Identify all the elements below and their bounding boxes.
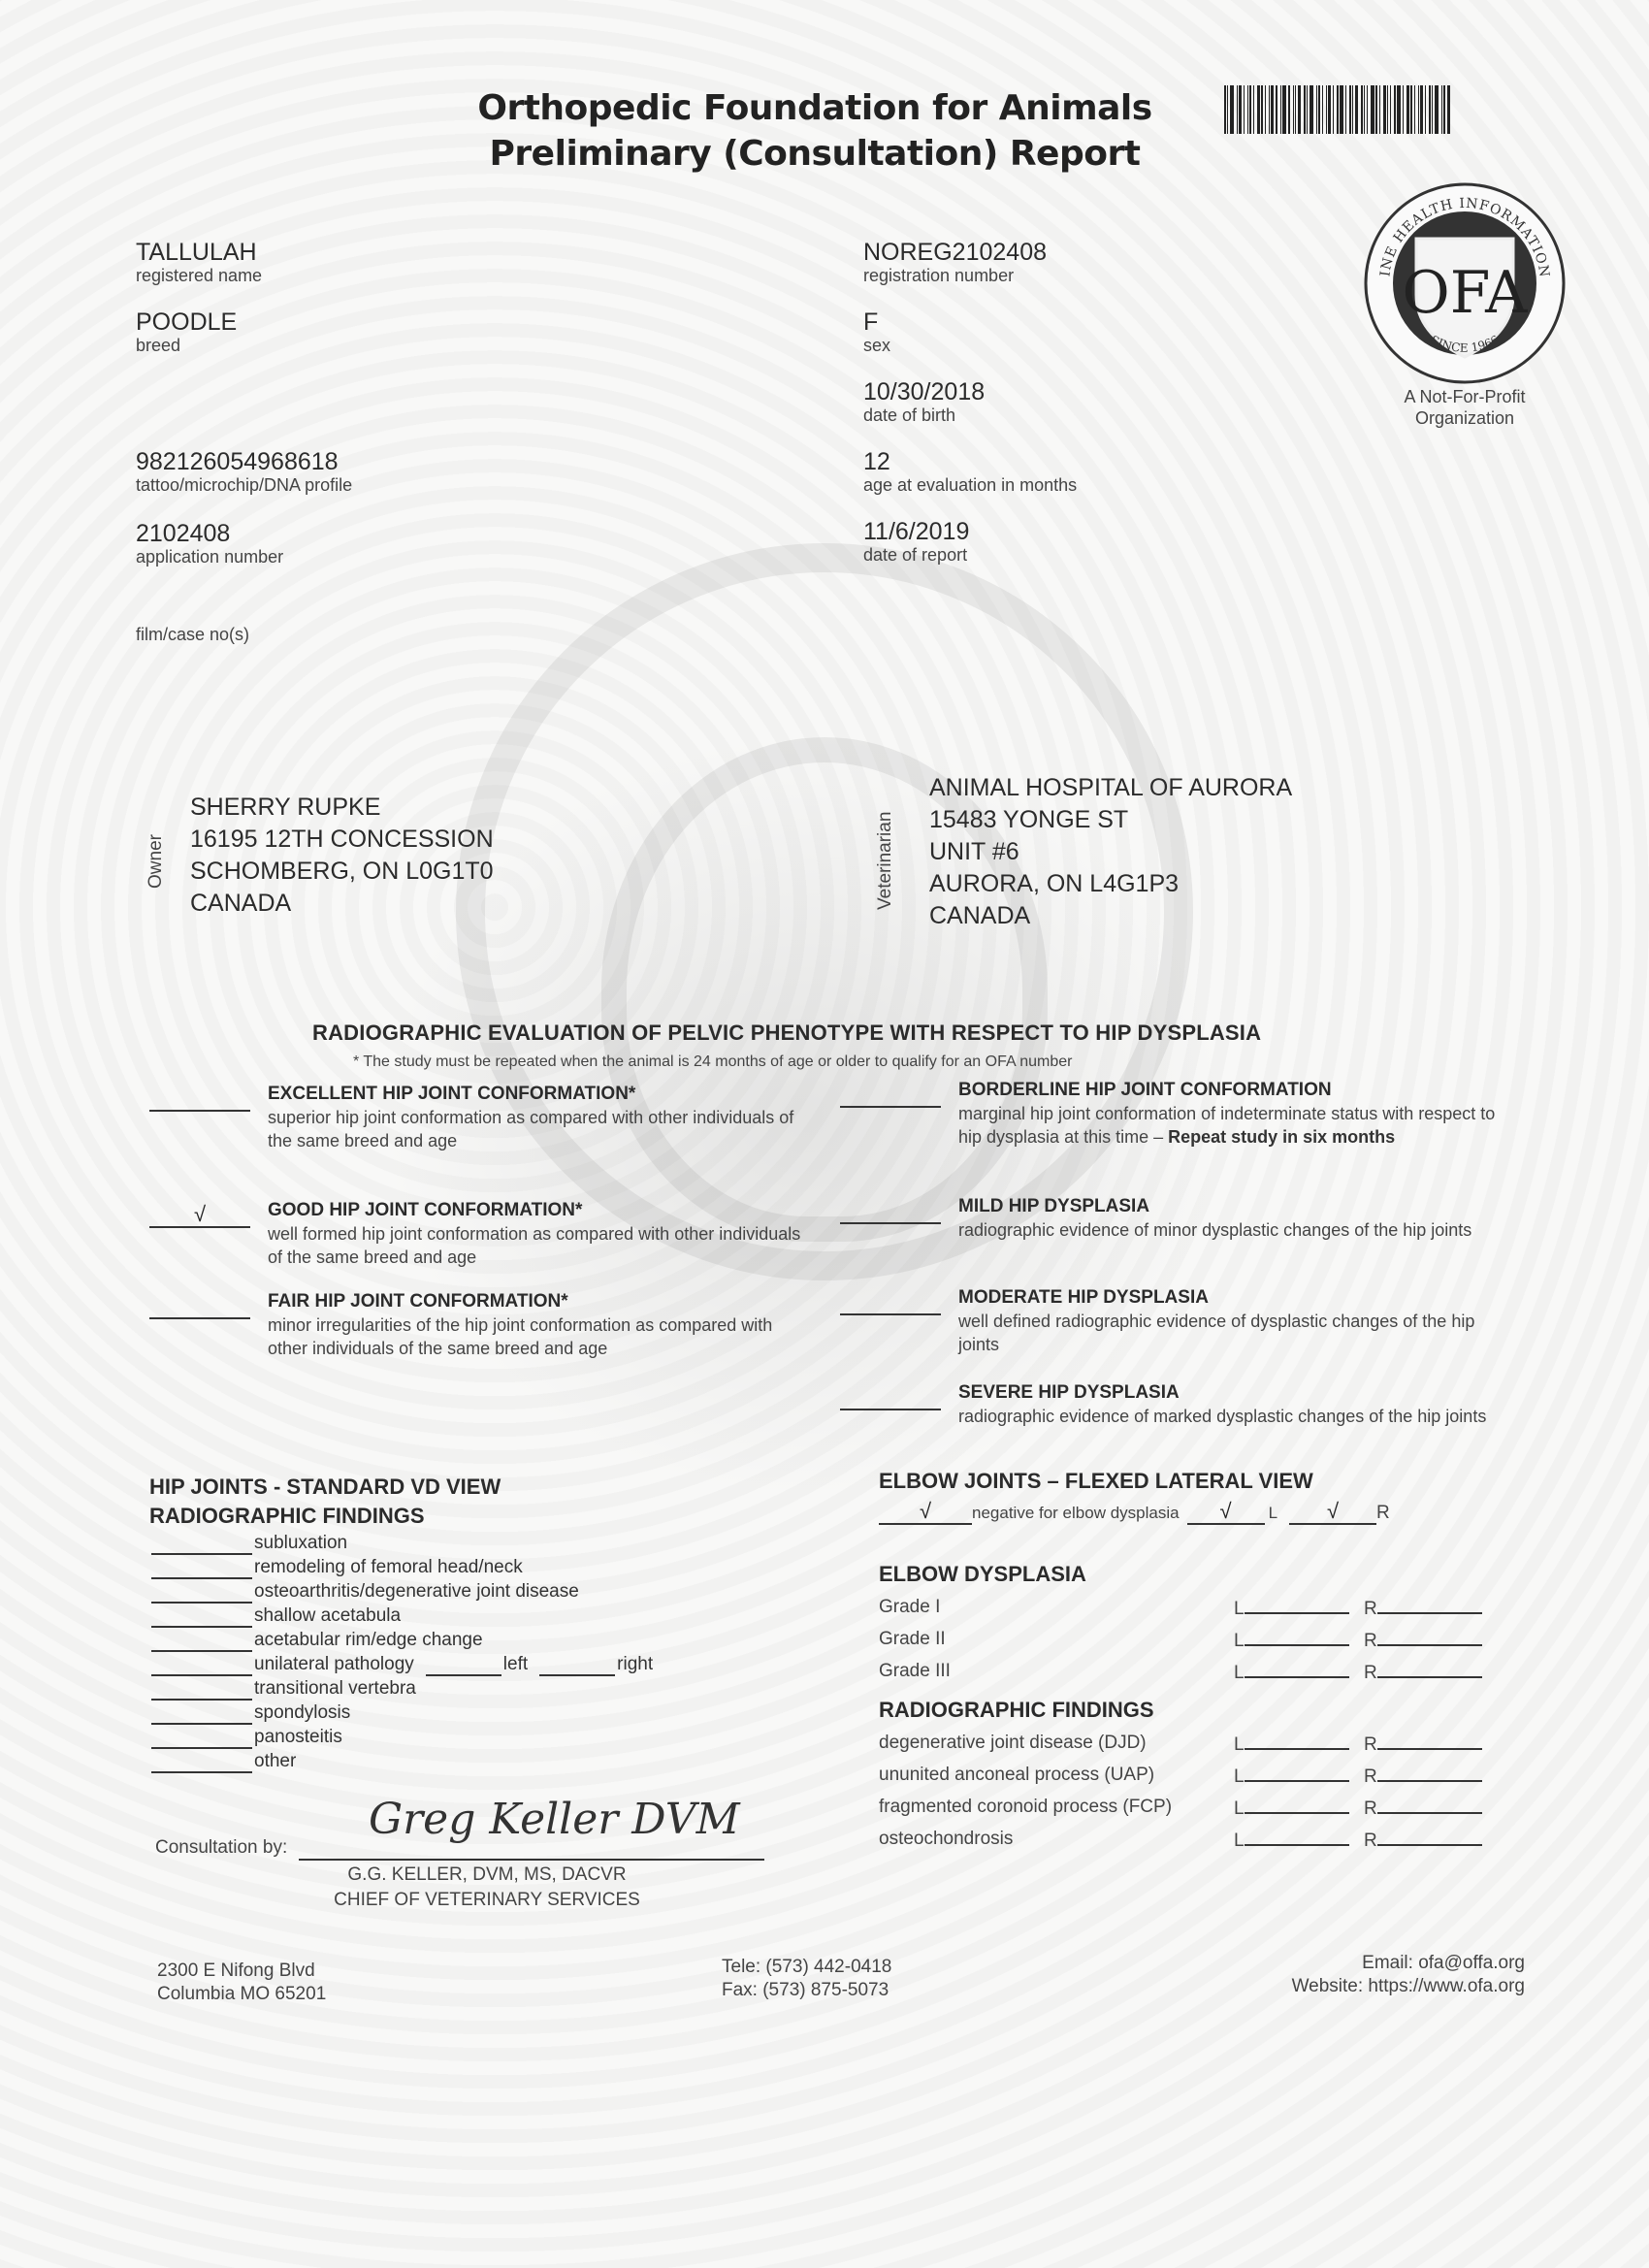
signature-line: [299, 1859, 764, 1861]
barcode-bar: [1227, 85, 1228, 134]
elbow-grade-left-blank[interactable]: [1245, 1655, 1349, 1678]
barcode-bar: [1425, 85, 1426, 134]
elbow-finding-row: osteochondrosisLR: [879, 1823, 1490, 1855]
barcode-bar: [1435, 85, 1439, 134]
evaluation-option-desc: radiographic evidence of minor dysplasti…: [958, 1218, 1502, 1242]
barcode-bar: [1340, 85, 1343, 134]
hip-finding-label: transitional vertebra: [254, 1676, 416, 1701]
field-film-case: film/case no(s): [136, 625, 249, 644]
hip-finding-row: unilateral pathologyleftright: [151, 1652, 653, 1676]
owner-address: SHERRY RUPKE16195 12TH CONCESSIONSCHOMBE…: [190, 792, 494, 920]
field-date-of-report: 11/6/2019 date of report: [863, 518, 969, 565]
hip-finding-blank[interactable]: [151, 1532, 252, 1555]
left-prefix: L: [1234, 1734, 1245, 1755]
evaluation-checkbox-line[interactable]: [149, 1086, 250, 1112]
field-age: 12 age at evaluation in months: [863, 448, 1077, 495]
evaluation-option-title: SEVERE HIP DYSPLASIA: [958, 1381, 1502, 1405]
application-number-label: application number: [136, 547, 283, 567]
hip-radiographic-findings-title: RADIOGRAPHIC FINDINGS: [149, 1502, 501, 1531]
elbow-grade-left-blank[interactable]: [1245, 1591, 1349, 1614]
barcode-bar: [1230, 85, 1234, 134]
elbow-finding-label: ununited anconeal process (UAP): [879, 1759, 1154, 1791]
footer-phone: Tele: (573) 442-0418 Fax: (573) 875-5073: [722, 1956, 891, 2002]
evaluation-note: * The study must be repeated when the an…: [353, 1053, 1072, 1071]
barcode-bar: [1318, 85, 1320, 134]
barcode-bar: [1309, 85, 1313, 134]
barcode-bar: [1224, 85, 1226, 134]
hip-finding-label: acetabular rim/edge change: [254, 1628, 483, 1652]
breed-value: POODLE: [136, 308, 237, 336]
consultant-name: G.G. KELLER, DVM, MS, DACVR: [312, 1863, 662, 1888]
elbow-finding-right-blank[interactable]: [1377, 1759, 1482, 1782]
evaluation-option-desc: marginal hip joint conformation of indet…: [958, 1102, 1502, 1149]
owner-address-line: SCHOMBERG, ON L0G1T0: [190, 856, 494, 888]
barcode-bar: [1355, 85, 1358, 134]
barcode-bar: [1367, 85, 1368, 134]
barcode-bar: [1420, 85, 1423, 134]
footer-tele: Tele: (573) 442-0418: [722, 1956, 891, 1979]
hip-finding-row: other: [151, 1749, 653, 1773]
footer-address-line-2: Columbia MO 65201: [157, 1983, 326, 2006]
right-prefix: R: [1364, 1631, 1377, 1651]
hip-finding-label: remodeling of femoral head/neck: [254, 1555, 523, 1579]
owner-address-line: CANADA: [190, 888, 494, 920]
elbow-finding-right-blank[interactable]: [1377, 1791, 1482, 1814]
hip-finding-row: panosteitis: [151, 1725, 653, 1749]
elbow-right-label: R: [1376, 1501, 1390, 1525]
elbow-negative-label: negative for elbow dysplasia: [972, 1501, 1180, 1525]
barcode-icon: [1224, 85, 1568, 134]
field-microchip: 982126054968618 tattoo/microchip/DNA pro…: [136, 448, 352, 495]
elbow-grade-row: Grade IIILR: [879, 1655, 1490, 1687]
elbow-left-mark[interactable]: √: [1187, 1500, 1265, 1525]
report-date-value: 11/6/2019: [863, 518, 969, 545]
evaluation-option-text: EXCELLENT HIP JOINT CONFORMATION*superio…: [268, 1083, 811, 1152]
evaluation-option-text: FAIR HIP JOINT CONFORMATION*minor irregu…: [268, 1290, 811, 1360]
microchip-label: tattoo/microchip/DNA profile: [136, 475, 352, 495]
hip-finding-label: unilateral pathology: [254, 1652, 414, 1676]
evaluation-checkbox-line[interactable]: [840, 1199, 941, 1224]
veterinarian-label: Veterinarian: [875, 812, 896, 910]
sex-value: F: [863, 308, 890, 336]
elbow-grade-right-blank[interactable]: [1377, 1591, 1482, 1614]
field-date-of-birth: 10/30/2018 date of birth: [863, 378, 985, 425]
barcode-bar: [1410, 85, 1412, 134]
elbow-finding-label: fragmented coronoid process (FCP): [879, 1791, 1172, 1823]
hip-finding-blank[interactable]: [151, 1556, 252, 1579]
elbow-grade-left-blank[interactable]: [1245, 1623, 1349, 1646]
barcode-bar: [1249, 85, 1251, 134]
film-case-label: film/case no(s): [136, 625, 249, 644]
elbow-right-mark[interactable]: √: [1289, 1500, 1376, 1525]
evaluation-option-desc: well defined radiographic evidence of dy…: [958, 1310, 1502, 1356]
barcode-bar: [1265, 85, 1266, 134]
hip-finding-label: shallow acetabula: [254, 1604, 401, 1628]
hip-finding-blank[interactable]: [151, 1750, 252, 1773]
hip-finding-label: osteoarthritis/degenerative joint diseas…: [254, 1579, 579, 1604]
elbow-title: ELBOW JOINTS – FLEXED LATERAL VIEW: [879, 1467, 1313, 1496]
hip-finding-blank[interactable]: [151, 1701, 252, 1725]
evaluation-option-title: FAIR HIP JOINT CONFORMATION*: [268, 1290, 811, 1313]
unilateral-left-blank[interactable]: [426, 1655, 501, 1676]
elbow-finding-left: L: [1234, 1823, 1349, 1857]
barcode-bar: [1328, 85, 1331, 134]
barcode-bar: [1257, 85, 1260, 134]
vet-address-line: UNIT #6: [929, 836, 1292, 868]
barcode-bar: [1364, 85, 1365, 134]
barcode-bar: [1403, 85, 1404, 134]
evaluation-option-text: MILD HIP DYSPLASIAradiographic evidence …: [958, 1195, 1502, 1242]
evaluation-option-desc: well formed hip joint conformation as co…: [268, 1222, 811, 1269]
evaluation-option-title: MILD HIP DYSPLASIA: [958, 1195, 1502, 1218]
evaluation-option-title: BORDERLINE HIP JOINT CONFORMATION: [958, 1079, 1502, 1102]
age-value: 12: [863, 448, 1077, 475]
evaluation-option-desc: radiographic evidence of marked dysplast…: [958, 1405, 1502, 1428]
barcode-bar: [1379, 85, 1380, 134]
barcode-bar: [1253, 85, 1254, 134]
barcode-bar: [1383, 85, 1386, 134]
elbow-finding-left-blank[interactable]: [1245, 1823, 1349, 1846]
dob-label: date of birth: [863, 405, 985, 425]
title-line-2: Preliminary (Consultation) Report: [407, 131, 1222, 177]
footer-website[interactable]: Website: https://www.ofa.org: [1292, 1975, 1525, 1998]
field-registration-number: NOREG2102408 registration number: [863, 239, 1047, 285]
elbow-negative-row: √ negative for elbow dysplasia √ L √ R: [879, 1500, 1390, 1525]
evaluation-title: RADIOGRAPHIC EVALUATION OF PELVIC PHENOT…: [312, 1021, 1261, 1046]
field-breed: POODLE breed: [136, 308, 237, 355]
owner-address-line: SHERRY RUPKE: [190, 792, 494, 824]
barcode-bar: [1387, 85, 1388, 134]
barcode-bar: [1375, 85, 1377, 134]
age-label: age at evaluation in months: [863, 475, 1077, 495]
barcode-bar: [1244, 85, 1245, 134]
signature: Greg Keller DVM: [369, 1795, 740, 1844]
elbow-finding-right: R: [1364, 1791, 1482, 1825]
barcode-bar: [1237, 85, 1238, 134]
consultation-label: Consultation by:: [155, 1837, 287, 1859]
elbow-grade-right: R: [1364, 1623, 1482, 1657]
elbow-grade-left: L: [1234, 1655, 1349, 1689]
evaluation-option-desc: minor irregularities of the hip joint co…: [268, 1313, 811, 1360]
hip-finding-row: remodeling of femoral head/neck: [151, 1555, 653, 1579]
elbow-finding-left-blank[interactable]: [1245, 1791, 1349, 1814]
hip-finding-row: shallow acetabula: [151, 1604, 653, 1628]
hip-finding-row: subluxation: [151, 1531, 653, 1555]
evaluation-option-desc: superior hip joint conformation as compa…: [268, 1106, 811, 1152]
vet-address-line: 15483 YONGE ST: [929, 804, 1292, 836]
sex-label: sex: [863, 336, 890, 355]
elbow-finding-left-blank[interactable]: [1245, 1759, 1349, 1782]
hip-finding-label: subluxation: [254, 1531, 347, 1555]
hip-finding-row: acetabular rim/edge change: [151, 1628, 653, 1652]
barcode-bar: [1239, 85, 1242, 134]
elbow-finding-right: R: [1364, 1759, 1482, 1793]
microchip-value: 982126054968618: [136, 448, 352, 475]
hip-finding-blank[interactable]: [151, 1580, 252, 1604]
barcode-bar: [1261, 85, 1263, 134]
elbow-grade-left: L: [1234, 1623, 1349, 1657]
right-prefix: R: [1364, 1831, 1377, 1851]
elbow-grade-label: Grade I: [879, 1591, 940, 1623]
elbow-grade-right: R: [1364, 1655, 1482, 1689]
hip-findings-list: subluxationremodeling of femoral head/ne…: [151, 1531, 653, 1773]
barcode-bar: [1269, 85, 1270, 134]
hip-finding-blank[interactable]: [151, 1604, 252, 1628]
registered-name-value: TALLULAH: [136, 239, 262, 266]
barcode-bar: [1361, 85, 1363, 134]
field-application-number: 2102408 application number: [136, 520, 283, 567]
elbow-grade-label: Grade III: [879, 1655, 951, 1687]
evaluation-checkbox-line[interactable]: [840, 1083, 941, 1108]
right-prefix: R: [1364, 1599, 1377, 1619]
barcode-bar: [1316, 85, 1317, 134]
breed-label: breed: [136, 336, 237, 355]
left-prefix: L: [1234, 1631, 1245, 1651]
barcode-bar: [1271, 85, 1274, 134]
registration-number-label: registration number: [863, 266, 1047, 285]
left-prefix: L: [1234, 1599, 1245, 1619]
report-page: Orthopedic Foundation for Animals Prelim…: [0, 0, 1649, 2268]
vet-address-line: ANIMAL HOSPITAL OF AURORA: [929, 772, 1292, 804]
hip-finding-label: spondylosis: [254, 1701, 350, 1725]
barcode-bar: [1247, 85, 1248, 134]
elbow-grade-row: Grade IILR: [879, 1623, 1490, 1655]
hip-finding-label: panosteitis: [254, 1725, 342, 1749]
barcode-bar: [1345, 85, 1346, 134]
field-registered-name: TALLULAH registered name: [136, 239, 262, 285]
unilateral-right-blank[interactable]: [539, 1655, 615, 1676]
barcode-bar: [1352, 85, 1353, 134]
barcode-bar: [1349, 85, 1351, 134]
hip-finding-blank[interactable]: [151, 1629, 252, 1652]
evaluation-option-text: MODERATE HIP DYSPLASIAwell defined radio…: [958, 1286, 1502, 1356]
hip-findings-title: HIP JOINTS - STANDARD VD VIEW RADIOGRAPH…: [149, 1473, 501, 1531]
barcode-bar: [1288, 85, 1290, 134]
elbow-grade-right: R: [1364, 1591, 1482, 1625]
evaluation-option-title: MODERATE HIP DYSPLASIA: [958, 1286, 1502, 1310]
elbow-finding-left: L: [1234, 1727, 1349, 1761]
barcode-bar: [1307, 85, 1308, 134]
consultant-block: G.G. KELLER, DVM, MS, DACVR CHIEF OF VET…: [312, 1863, 662, 1913]
title-line-1: Orthopedic Foundation for Animals: [407, 85, 1222, 131]
footer-email[interactable]: Email: ofa@offa.org: [1292, 1952, 1525, 1975]
field-sex: F sex: [863, 308, 890, 355]
vet-address-line: CANADA: [929, 900, 1292, 932]
elbow-grade-list: Grade ILRGrade IILRGrade IIILR: [879, 1591, 1490, 1687]
elbow-finding-right-blank[interactable]: [1377, 1823, 1482, 1846]
barcode-bar: [1441, 85, 1442, 134]
right-prefix: R: [1364, 1766, 1377, 1787]
owner-label: Owner: [145, 834, 167, 889]
barcode-bar: [1326, 85, 1327, 134]
elbow-findings-title: RADIOGRAPHIC FINDINGS: [879, 1696, 1154, 1725]
barcode-bar: [1295, 85, 1296, 134]
registered-name-label: registered name: [136, 266, 262, 285]
evaluation-option-emphasis: Repeat study in six months: [1168, 1127, 1395, 1147]
barcode-bar: [1322, 85, 1323, 134]
barcode-bar: [1432, 85, 1433, 134]
barcode-bar: [1418, 85, 1419, 134]
elbow-finding-right-blank[interactable]: [1377, 1727, 1482, 1750]
barcode-bar: [1371, 85, 1374, 134]
hip-finding-blank[interactable]: [151, 1726, 252, 1749]
barcode-bar: [1293, 85, 1294, 134]
hip-finding-blank[interactable]: [151, 1677, 252, 1701]
barcode-bar: [1394, 85, 1396, 134]
consultant-role: CHIEF OF VETERINARY SERVICES: [312, 1888, 662, 1913]
unilateral-right-label: right: [617, 1652, 653, 1676]
elbow-finding-row: degenerative joint disease (DJD)LR: [879, 1727, 1490, 1759]
evaluation-option-title: EXCELLENT HIP JOINT CONFORMATION*: [268, 1083, 811, 1106]
elbow-grade-row: Grade ILR: [879, 1591, 1490, 1623]
barcode-bar: [1298, 85, 1301, 134]
elbow-grade-right-blank[interactable]: [1377, 1655, 1482, 1678]
barcode-bar: [1397, 85, 1401, 134]
elbow-finding-row: fragmented coronoid process (FCP)LR: [879, 1791, 1490, 1823]
dob-value: 10/30/2018: [863, 378, 985, 405]
left-prefix: L: [1234, 1798, 1245, 1819]
barcode-bar: [1276, 85, 1277, 134]
elbow-grade-left: L: [1234, 1591, 1349, 1625]
barcode-bar: [1304, 85, 1306, 134]
owner-address-line: 16195 12TH CONCESSION: [190, 824, 494, 856]
elbow-finding-left-blank[interactable]: [1245, 1727, 1349, 1750]
footer-address: 2300 E Nifong Blvd Columbia MO 65201: [157, 1960, 326, 2006]
evaluation-checkbox-line[interactable]: [149, 1294, 250, 1319]
barcode-bar: [1333, 85, 1334, 134]
hip-finding-blank[interactable]: [151, 1653, 252, 1676]
left-prefix: L: [1234, 1766, 1245, 1787]
vet-address-line: AURORA, ON L4G1P3: [929, 868, 1292, 900]
application-number-value: 2102408: [136, 520, 283, 547]
barcode-bar: [1443, 85, 1445, 134]
evaluation-option-text: GOOD HIP JOINT CONFORMATION*well formed …: [268, 1199, 811, 1269]
barcode-bar: [1414, 85, 1415, 134]
elbow-grade-label: Grade II: [879, 1623, 946, 1655]
elbow-left-label: L: [1269, 1501, 1277, 1525]
barcode-bar: [1280, 85, 1281, 134]
footer-contact: Email: ofa@offa.org Website: https://www…: [1292, 1952, 1525, 1998]
evaluation-option-text: SEVERE HIP DYSPLASIAradiographic evidenc…: [958, 1381, 1502, 1428]
elbow-finding-right: R: [1364, 1823, 1482, 1857]
evaluation-checkbox-line[interactable]: √: [149, 1203, 250, 1228]
elbow-finding-left: L: [1234, 1759, 1349, 1793]
report-date-label: date of report: [863, 545, 969, 565]
unilateral-left-label: left: [503, 1652, 528, 1676]
veterinarian-address: ANIMAL HOSPITAL OF AURORA15483 YONGE STU…: [929, 772, 1292, 932]
footer-fax: Fax: (573) 875-5073: [722, 1979, 891, 2002]
registration-number-value: NOREG2102408: [863, 239, 1047, 266]
logo-caption: A Not-For-Profit Organization: [1358, 386, 1571, 429]
barcode-bar: [1447, 85, 1450, 134]
hip-finding-row: osteoarthritis/degenerative joint diseas…: [151, 1579, 653, 1604]
elbow-finding-row: ununited anconeal process (UAP)LR: [879, 1759, 1490, 1791]
footer-address-line-1: 2300 E Nifong Blvd: [157, 1960, 326, 1983]
elbow-negative-mark[interactable]: √: [879, 1500, 972, 1525]
caption-line-1: A Not-For-Profit: [1358, 386, 1571, 407]
elbow-finding-label: degenerative joint disease (DJD): [879, 1727, 1147, 1759]
barcode-bar: [1390, 85, 1391, 134]
left-prefix: L: [1234, 1831, 1245, 1851]
ofa-seal-icon: OFA THE CANINE HEALTH INFORMATION CENTER…: [1362, 180, 1568, 386]
hip-joints-view-title: HIP JOINTS - STANDARD VD VIEW: [149, 1473, 501, 1502]
svg-text:OFA: OFA: [1403, 259, 1529, 327]
elbow-dysplasia-title: ELBOW DYSPLASIA: [879, 1560, 1086, 1589]
left-prefix: L: [1234, 1663, 1245, 1683]
evaluation-option-text: BORDERLINE HIP JOINT CONFORMATIONmargina…: [958, 1079, 1502, 1149]
elbow-finding-left: L: [1234, 1791, 1349, 1825]
barcode-bar: [1337, 85, 1339, 134]
hip-finding-label: other: [254, 1749, 296, 1773]
right-prefix: R: [1364, 1734, 1377, 1755]
report-title: Orthopedic Foundation for Animals Prelim…: [407, 85, 1222, 177]
evaluation-checkbox-line[interactable]: [840, 1290, 941, 1315]
evaluation-option-title: GOOD HIP JOINT CONFORMATION*: [268, 1199, 811, 1222]
barcode-bar: [1406, 85, 1409, 134]
elbow-finding-label: osteochondrosis: [879, 1823, 1013, 1855]
barcode-bar: [1282, 85, 1286, 134]
hip-finding-row: transitional vertebra: [151, 1676, 653, 1701]
caption-line-2: Organization: [1358, 407, 1571, 429]
elbow-grade-right-blank[interactable]: [1377, 1623, 1482, 1646]
right-prefix: R: [1364, 1663, 1377, 1683]
hip-finding-row: spondylosis: [151, 1701, 653, 1725]
right-prefix: R: [1364, 1798, 1377, 1819]
elbow-findings-list: degenerative joint disease (DJD)LRununit…: [879, 1727, 1490, 1855]
barcode-bar: [1429, 85, 1431, 134]
evaluation-checkbox-line[interactable]: [840, 1385, 941, 1410]
elbow-finding-right: R: [1364, 1727, 1482, 1761]
